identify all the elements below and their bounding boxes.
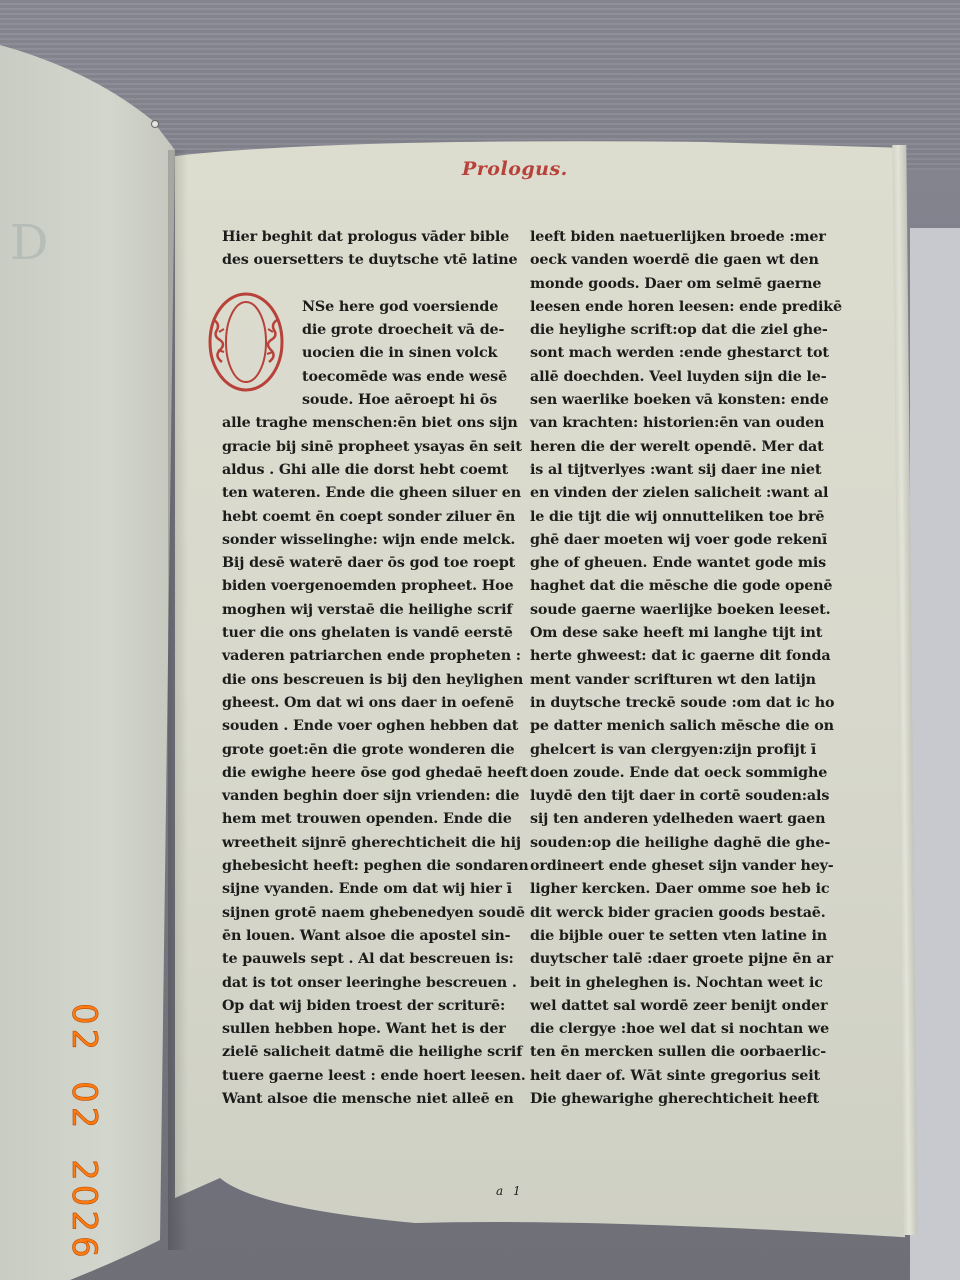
text-line: allē doechden. Veel luyden sijn die le- <box>530 366 812 389</box>
text-line: hebt coemt ēn coept sonder ziluer ēn <box>222 506 484 529</box>
text-line: souden:op die heilighe daghē die ghe- <box>530 832 812 855</box>
text-line: Bij desē waterē daer ōs god toe roept <box>222 552 484 575</box>
text-line: Op dat wij biden troest der scriturē: <box>222 995 484 1018</box>
text-line: ēn louen. Want alsoe die apostel sin- <box>222 925 484 948</box>
page-title: Prologus. <box>462 158 568 180</box>
text-line: herte ghweest: dat ic gaerne dit fonda <box>530 645 812 668</box>
text-line: soude gaerne waerlijke boeken leeset. <box>530 599 812 622</box>
text-line: ten wateren. Ende die gheen siluer en <box>222 482 484 505</box>
spacer <box>222 273 484 296</box>
text-line: ment vander scrifturen wt den latijn <box>530 669 812 692</box>
text-line: aldus . Ghi alle die dorst hebt coemt <box>222 459 484 482</box>
text-line: tuere gaerne leest : ende hoert leesen. <box>222 1065 484 1088</box>
text-line: NSe here god voersiende <box>222 296 484 319</box>
text-line: alle traghe menschen:ēn biet ons sijn <box>222 412 484 435</box>
text-line: te pauwels sept . Al dat bescreuen is: <box>222 948 484 971</box>
intro-line: Hier beghit dat prologus vāder bible <box>222 226 484 249</box>
text-line: wel dattet sal wordē zeer benijt onder <box>530 995 812 1018</box>
text-line: biden voergenoemden propheet. Hoe <box>222 575 484 598</box>
text-line: tuer die ons ghelaten is vandē eerstē <box>222 622 484 645</box>
text-line: beit in gheleghen is. Nochtan weet ic <box>530 972 812 995</box>
text-line: Om dese sake heeft mi langhe tijt int <box>530 622 812 645</box>
right-text-column: leeft biden naetuerlijken broede :mer oe… <box>530 226 812 1111</box>
binding-post-icon <box>151 120 159 128</box>
text-line: vaderen patriarchen ende propheten : <box>222 645 484 668</box>
text-line: leeft biden naetuerlijken broede :mer <box>530 226 812 249</box>
text-line: oeck vanden woerdē die gaen wt den <box>530 249 812 272</box>
text-line: gheest. Om dat wi ons daer in oefenē <box>222 692 484 715</box>
text-line: gracie bij sinē propheet ysayas ēn seit <box>222 436 484 459</box>
text-line: ghelcert is van clergyen:zijn profijt ī <box>530 739 812 762</box>
text-line: luydē den tijt daer in cortē souden:als <box>530 785 812 808</box>
text-line: soude. Hoe aēroept hi ōs <box>222 389 484 412</box>
text-line: le die tijt die wij onnutteliken toe brē <box>530 506 812 529</box>
text-line: dit werck bider gracien goods bestaē. <box>530 902 812 925</box>
text-line: zielē salicheit datmē die heilighe scrif <box>222 1041 484 1064</box>
text-line: ghē daer moeten wij voer gode rekenī <box>530 529 812 552</box>
text-line: duytscher talē :daer groete pijne ēn ar <box>530 948 812 971</box>
text-line: sont mach werden :ende ghestarct tot <box>530 342 812 365</box>
text-line: en vinden der zielen salicheit :want al <box>530 482 812 505</box>
text-line: sijnen grotē naem ghebenedyen soudē <box>222 902 484 925</box>
text-line: doen zoude. Ende dat oeck sommighe <box>530 762 812 785</box>
text-line: ghebesicht heeft: peghen die sondaren <box>222 855 484 878</box>
text-line: leesen ende horen leesen: ende predikē <box>530 296 812 319</box>
text-line: pe datter menich salich mēsche die on <box>530 715 812 738</box>
text-line: haghet dat die mēsche die gode openē <box>530 575 812 598</box>
text-line: van krachten: historien:ēn van ouden <box>530 412 812 435</box>
text-line: wreetheit sijnrē gherechticheit die hij <box>222 832 484 855</box>
left-page-bleedthrough: D <box>10 215 48 271</box>
text-line: toecomēde was ende wesē <box>222 366 484 389</box>
text-line: in duytsche treckē soude :om dat ic ho <box>530 692 812 715</box>
intro-line: des ouersetters te duytsche vtē latine <box>222 249 484 272</box>
text-line: die bijble ouer te setten vten latine in <box>530 925 812 948</box>
text-line: grote goet:ēn die grote wonderen die <box>222 739 484 762</box>
text-line: dat is tot onser leeringhe bescreuen . <box>222 972 484 995</box>
text-line: vanden beghin doer sijn vrienden: die <box>222 785 484 808</box>
text-line: heren die der werelt opendē. Mer dat <box>530 436 812 459</box>
text-line: sen waerlike boeken vā konsten: ende <box>530 389 812 412</box>
left-text-column: Hier beghit dat prologus vāder bible des… <box>222 226 484 1111</box>
gutter-shadow <box>168 150 188 1250</box>
underlying-sheet <box>910 228 960 1280</box>
text-line: die ons bescreuen is bij den heylighen <box>222 669 484 692</box>
page-signature: a 1 <box>496 1184 524 1198</box>
text-line: die clergye :hoe wel dat si nochtan we <box>530 1018 812 1041</box>
text-line: Want alsoe die mensche niet alleē en <box>222 1088 484 1111</box>
text-line: sonder wisselinghe: wijn ende melck. <box>222 529 484 552</box>
text-line: heit daer of. Wāt sinte gregorius seit <box>530 1065 812 1088</box>
text-line: hem met trouwen openden. Ende die <box>222 808 484 831</box>
text-line: uocien die in sinen volck <box>222 342 484 365</box>
text-line: Die ghewarighe gherechticheit heeft <box>530 1088 812 1111</box>
photo-date-stamp: 02 02 2026 <box>64 1003 104 1262</box>
text-line: souden . Ende voer oghen hebben dat <box>222 715 484 738</box>
text-line: sij ten anderen ydelheden waert gaen <box>530 808 812 831</box>
text-line: moghen wij verstaē die heilighe scrif <box>222 599 484 622</box>
text-line: ordineert ende gheset sijn vander hey- <box>530 855 812 878</box>
text-line: ligher kercken. Daer omme soe heb ic <box>530 878 812 901</box>
text-line: ten ēn mercken sullen die oorbaerlic- <box>530 1041 812 1064</box>
text-line: sijne vyanden. Ende om dat wij hier ī <box>222 878 484 901</box>
text-line: die grote droecheit vā de- <box>222 319 484 342</box>
text-line: die heylighe scrift:op dat die ziel ghe- <box>530 319 812 342</box>
text-line: ghe of gheuen. Ende wantet gode mis <box>530 552 812 575</box>
text-line: monde goods. Daer om selmē gaerne <box>530 273 812 296</box>
text-line: is al tijtverlyes :want sij daer ine nie… <box>530 459 812 482</box>
text-line: sullen hebben hope. Want het is der <box>222 1018 484 1041</box>
text-line: die ewighe heere ōse god ghedaē heeft <box>222 762 484 785</box>
